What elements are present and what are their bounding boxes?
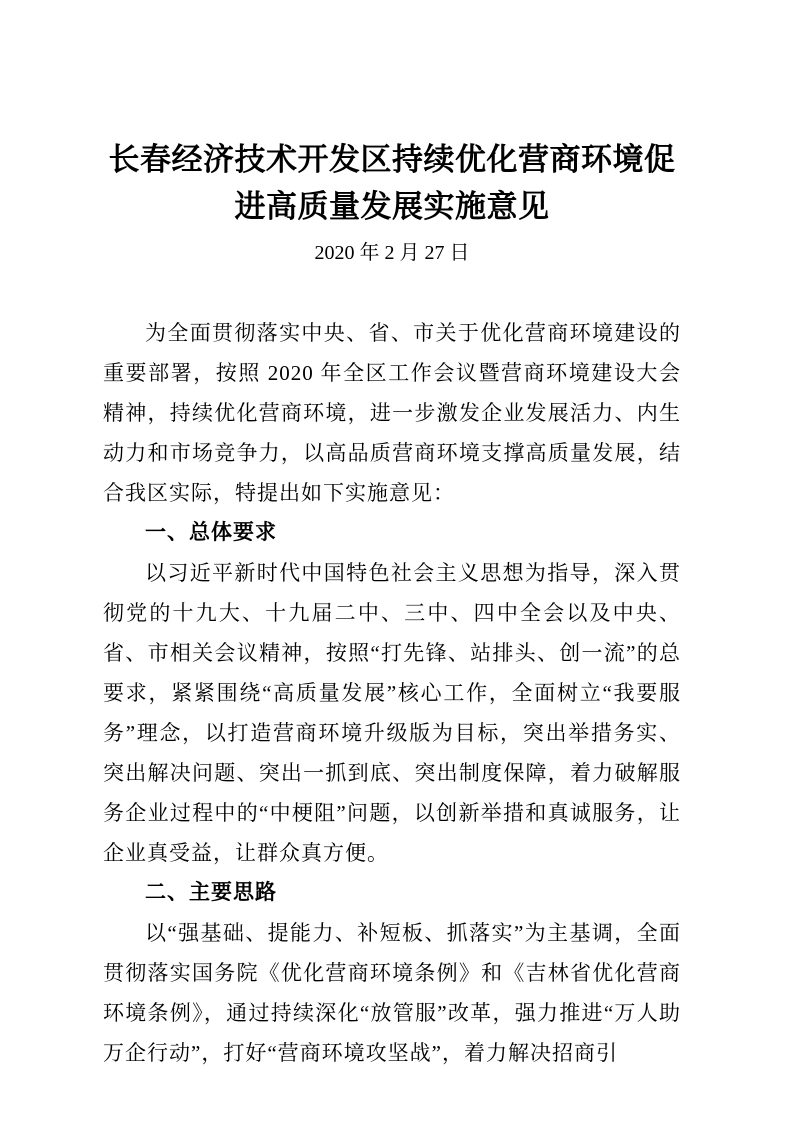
paragraph: 以“强基础、提能力、补短板、抓落实”为主基调，全面贯彻落实国务院《优化营商环境条… bbox=[103, 913, 681, 1073]
paragraph: 以习近平新时代中国特色社会主义思想为指导，深入贯彻党的十九大、十九届二中、三中、… bbox=[103, 553, 681, 873]
document-body: 为全面贯彻落实中央、省、市关于优化营商环境建设的重要部署，按照 2020 年全区… bbox=[103, 313, 681, 1073]
title-line-2: 进高质量发展实施意见 bbox=[103, 183, 681, 230]
title-line-1: 长春经济技术开发区持续优化营商环境促 bbox=[103, 136, 681, 183]
paragraph: 为全面贯彻落实中央、省、市关于优化营商环境建设的重要部署，按照 2020 年全区… bbox=[103, 313, 681, 513]
document-page: 长春经济技术开发区持续优化营商环境促 进高质量发展实施意见 2020 年 2 月… bbox=[0, 0, 793, 1122]
section-heading: 一、总体要求 bbox=[103, 513, 681, 553]
document-title: 长春经济技术开发区持续优化营商环境促 进高质量发展实施意见 bbox=[103, 136, 681, 230]
section-heading: 二、主要思路 bbox=[103, 873, 681, 913]
document-date: 2020 年 2 月 27 日 bbox=[103, 239, 681, 267]
